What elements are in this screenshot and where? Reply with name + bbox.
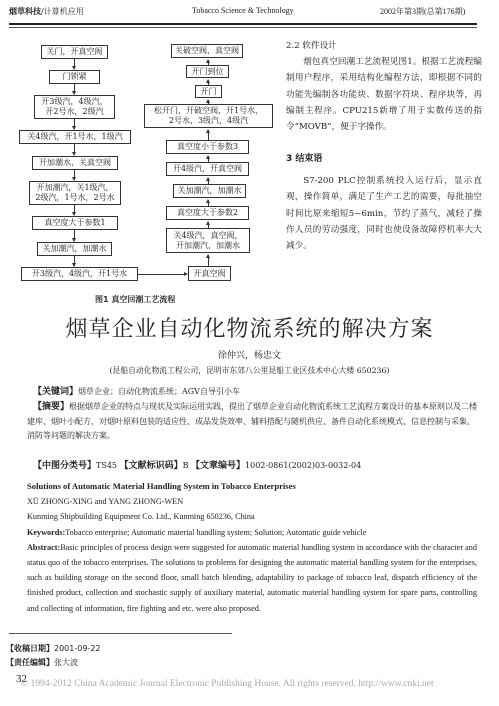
- english-abstract-value: Basic principles of process design were …: [27, 543, 477, 613]
- running-header-issue: 2002年第3期(总第176期): [380, 6, 465, 17]
- flow-box-r8: 关4级汽，真空阀，开加潮汽，加潮水: [166, 228, 250, 253]
- flow-text: 门锁紧: [63, 72, 87, 82]
- flow-text: 关破空阀，真空阀: [175, 46, 239, 56]
- journal-name: 烟草科技: [9, 7, 41, 16]
- english-authors: XÜ ZHONG-XING and YANG ZHONG-WEN: [27, 494, 477, 509]
- abstract-label: 【摘要】: [33, 402, 69, 412]
- flow-box-r5: 开4级汽，开真空阀: [166, 162, 249, 176]
- flow-text: 松开门，开破空阀，开1号水，: [154, 106, 263, 116]
- section-2-2: 2.2 软件设计 烟包真空回潮工艺流程见图1。根据工艺流程编制用户程序，采用结构…: [286, 38, 482, 135]
- flow-text: 开3级汽，4级汽，开1号水: [32, 269, 127, 279]
- section-name: /计算机应用: [41, 7, 84, 16]
- classification-line: 【中图分类号】TS45 【文献标识码】B 【文章编号】1002-0861(200…: [33, 459, 483, 474]
- flow-text: 关加潮汽，加潮水: [43, 244, 107, 254]
- english-keywords-label: Keywords:: [27, 528, 65, 537]
- editor-label: 【责任编辑】: [6, 658, 54, 667]
- article-no-value: 1002-0861(2002)03-0032-04: [245, 461, 361, 470]
- responsible-editor: 【责任编辑】张大波: [6, 657, 78, 668]
- editor-value: 张大波: [54, 658, 78, 667]
- clc-value: TS45: [96, 461, 117, 470]
- paragraph: 烟包真空回潮工艺流程见图1。根据工艺流程编制用户程序，采用结构化编程方法，即根据…: [286, 54, 482, 135]
- section-heading: 3 结束语: [286, 151, 482, 167]
- english-abstract: Abstract:Basic principles of process des…: [27, 540, 477, 616]
- connector: [208, 130, 209, 140]
- flow-text: 开真空阀: [194, 269, 226, 279]
- english-abstract-label: Abstract:: [27, 543, 60, 552]
- english-keywords: Keywords:Tobacco enterprise; Automatic m…: [27, 525, 477, 540]
- flow-text: 关4级汽，开1号水，1级汽: [27, 132, 122, 142]
- flow-box-l2: 开3级汽，4级汽，开2号水，2级汽: [34, 95, 115, 119]
- section-heading: 2.2 软件设计: [286, 38, 482, 54]
- flow-box-l0: 关门，开真空阀: [41, 45, 108, 59]
- flow-box-r4: 真空度小于参数3: [166, 140, 249, 154]
- connector: [208, 255, 209, 266]
- header-rule: [9, 23, 477, 25]
- running-header-left: 烟草科技/计算机应用: [9, 6, 84, 17]
- flow-text: 真空度大于参数1: [44, 218, 105, 228]
- doc-code-label: 【文献标识码】: [120, 461, 183, 471]
- flow-text: 开加潮水，关真空阀: [39, 158, 111, 168]
- flow-text: 开2号水，2级汽: [45, 107, 103, 117]
- flow-box-l7: 关加潮汽，加潮水: [37, 242, 112, 256]
- connector: [138, 274, 185, 275]
- header-rule-thin: [9, 27, 477, 28]
- paragraph: S7-200 PLC控制系统投入运行后，显示直观，操作简单，满足了生产工艺的需要…: [286, 173, 482, 254]
- flow-text: 开门到位: [192, 67, 224, 77]
- figure-caption: 图1 真空回潮工艺流程: [95, 294, 175, 305]
- keywords-cn: 【关键词】烟草企业；自动化物流系统；AGV自导引小车: [33, 385, 483, 400]
- footnote-rule: [9, 633, 232, 634]
- article-no-label: 【文章编号】: [191, 461, 245, 471]
- flow-box-l8: 开3级汽，4级汽，开1号水: [21, 267, 138, 281]
- flow-text: 开门: [201, 87, 217, 97]
- received-value: 2001-09-22: [54, 644, 101, 653]
- running-header-journal-en: Tobacco Science & Technology: [192, 6, 294, 15]
- flow-text: 开3级汽，4级汽，: [41, 97, 107, 107]
- doc-code-value: B: [183, 461, 189, 470]
- english-affiliation: Kunming Shipbuilding Equipment Co. Ltd.,…: [27, 509, 477, 524]
- flow-box-l4: 开加潮水，关真空阀: [32, 156, 118, 170]
- flow-text: 开4级汽，开真空阀: [173, 164, 242, 174]
- flow-box-r0: 关破空阀，真空阀: [171, 44, 243, 58]
- flow-box-l1: 门锁紧: [49, 70, 100, 84]
- copyright-notice: © 1994-2012 China Academic Journal Elect…: [21, 679, 434, 689]
- keywords-value: 烟草企业；自动化物流系统；AGV自导引小车: [78, 387, 240, 396]
- flow-text: 开加潮汽，关1级汽，: [36, 183, 113, 193]
- flow-box-r1: 开门到位: [186, 65, 229, 78]
- abstract-value: 根据烟草企业的特点与现状及实际运用实践，提出了烟草企业自动化物流系统工艺流程方案…: [27, 402, 477, 440]
- flow-text: 2级汽，1号水，2号水: [35, 193, 114, 203]
- article-affiliation: (昆船自动化物流工程公司，昆明市东郊八公里昆船工业区技术中心大楼 650236): [0, 365, 499, 376]
- english-title: Solutions of Automatic Material Handling…: [27, 479, 477, 494]
- flow-box-r3: 松开门，开破空阀，开1号水，2号水，3级汽，4级汽: [144, 104, 273, 128]
- flow-text: 开加潮汽，加潮水: [176, 241, 240, 251]
- english-keywords-value: Tobacco enterprise; Automatic material h…: [65, 528, 366, 537]
- flow-box-l5: 开加潮汽，关1级汽，2级汽，1号水，2号水: [29, 181, 121, 205]
- flow-box-r9: 开真空阀: [188, 266, 231, 281]
- flow-text: 真空度大于参数2: [177, 208, 238, 218]
- article-authors: 徐仲兴，杨忠文: [0, 348, 499, 361]
- flow-text: 关4级汽，真空阀，: [173, 231, 242, 241]
- flow-text: 真空度小于参数3: [177, 142, 238, 152]
- flow-text: 2号水，3级汽，4级汽: [169, 116, 248, 126]
- abstract-cn: 【摘要】根据烟草企业的特点与现状及实际运用实践，提出了烟草企业自动化物流系统工艺…: [27, 400, 477, 444]
- section-3: 3 结束语 S7-200 PLC控制系统投入运行后，显示直观，操作简单，满足了生…: [286, 151, 482, 254]
- flow-box-r2: 开门: [195, 85, 222, 98]
- english-block: Solutions of Automatic Material Handling…: [27, 479, 477, 616]
- flow-text: 关门，开真空阀: [47, 47, 103, 57]
- article-title: 烟草企业自动化物流系统的解决方案: [0, 312, 499, 343]
- received-label: 【收稿日期】: [6, 644, 54, 653]
- received-date: 【收稿日期】2001-09-22: [6, 643, 101, 654]
- clc-label: 【中图分类号】: [33, 461, 96, 471]
- flow-box-l6: 真空度大于参数1: [32, 216, 118, 230]
- flow-box-l3: 关4级汽，开1号水，1级汽: [19, 130, 131, 144]
- flow-text: 关加潮汽，加潮水: [178, 186, 242, 196]
- flow-box-r7: 真空度大于参数2: [166, 206, 249, 220]
- keywords-label: 【关键词】: [33, 387, 78, 397]
- flow-box-r6: 关加潮汽，加潮水: [173, 184, 246, 198]
